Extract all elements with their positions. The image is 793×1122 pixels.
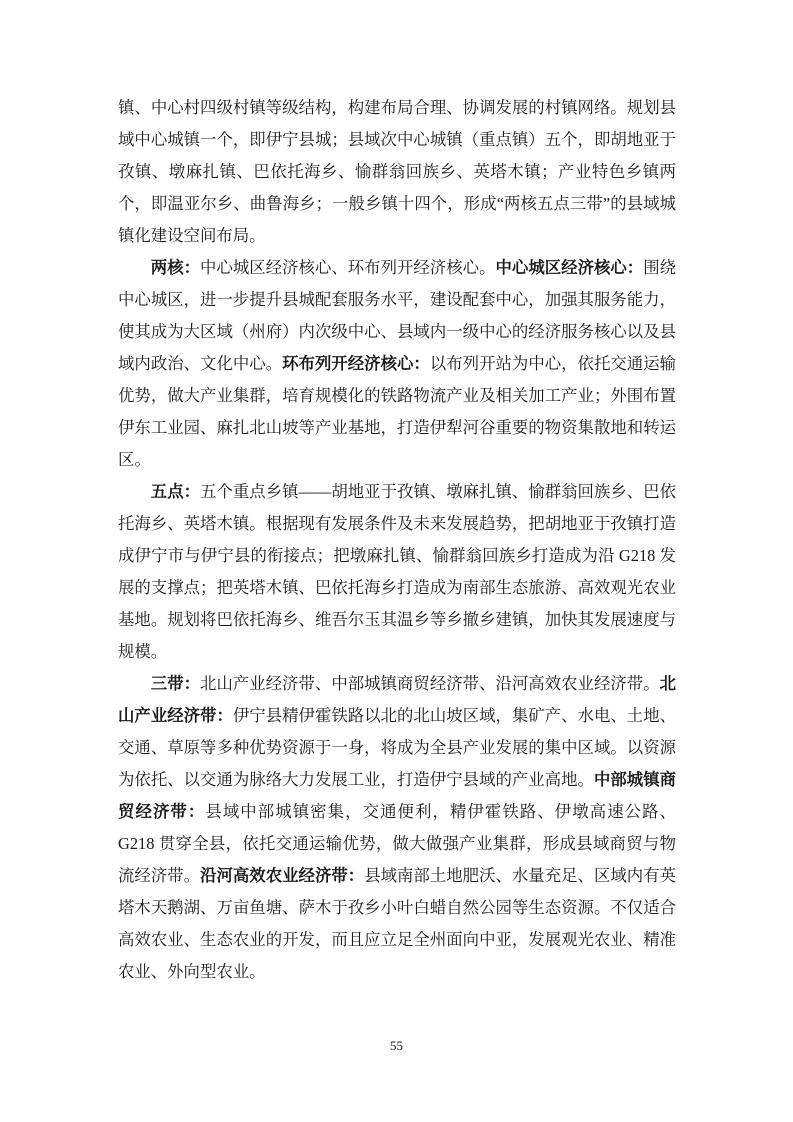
bold-label-three-belts: 三带： bbox=[151, 674, 200, 693]
bold-label-riverside-agriculture-belt: 沿河高效农业经济带： bbox=[200, 866, 364, 885]
bold-label-bulekai-core: 环布列开经济核心： bbox=[282, 354, 430, 373]
paragraph-text: 镇、中心村四级村镇等级结构，构建布局合理、协调发展的村镇网络。规划县域中心城镇一… bbox=[118, 98, 676, 245]
bold-label-central-city-core: 中心城区经济核心： bbox=[496, 258, 644, 277]
bold-label-two-cores: 两核： bbox=[151, 258, 200, 277]
paragraph-three-belts: 三带：北山产业经济带、中部城镇商贸经济带、沿河高效农业经济带。北山产业经济带：伊… bbox=[118, 668, 676, 988]
paragraph-text: 北山产业经济带、中部城镇商贸经济带、沿河高效农业经济带。 bbox=[200, 674, 660, 693]
paragraph-text: 中心城区经济核心、环布列开经济核心。 bbox=[200, 258, 495, 277]
paragraph-two-cores: 两核：中心城区经济核心、环布列开经济核心。中心城区经济核心：围绕中心城区，进一步… bbox=[118, 252, 676, 476]
document-page: 镇、中心村四级村镇等级结构，构建布局合理、协调发展的村镇网络。规划县域中心城镇一… bbox=[0, 0, 793, 1122]
paragraph-five-points: 五点：五个重点乡镇——胡地亚于孜镇、墩麻扎镇、愉群翁回族乡、巴依托海乡、英塔木镇… bbox=[118, 476, 676, 668]
bold-label-five-points: 五点： bbox=[151, 482, 200, 501]
paragraph-village-network: 镇、中心村四级村镇等级结构，构建布局合理、协调发展的村镇网络。规划县域中心城镇一… bbox=[118, 92, 676, 252]
paragraph-text: 五个重点乡镇——胡地亚于孜镇、墩麻扎镇、愉群翁回族乡、巴依托海乡、英塔木镇。根据… bbox=[118, 482, 676, 661]
document-body: 镇、中心村四级村镇等级结构，构建布局合理、协调发展的村镇网络。规划县域中心城镇一… bbox=[118, 92, 676, 988]
page-number: 55 bbox=[0, 1038, 793, 1054]
